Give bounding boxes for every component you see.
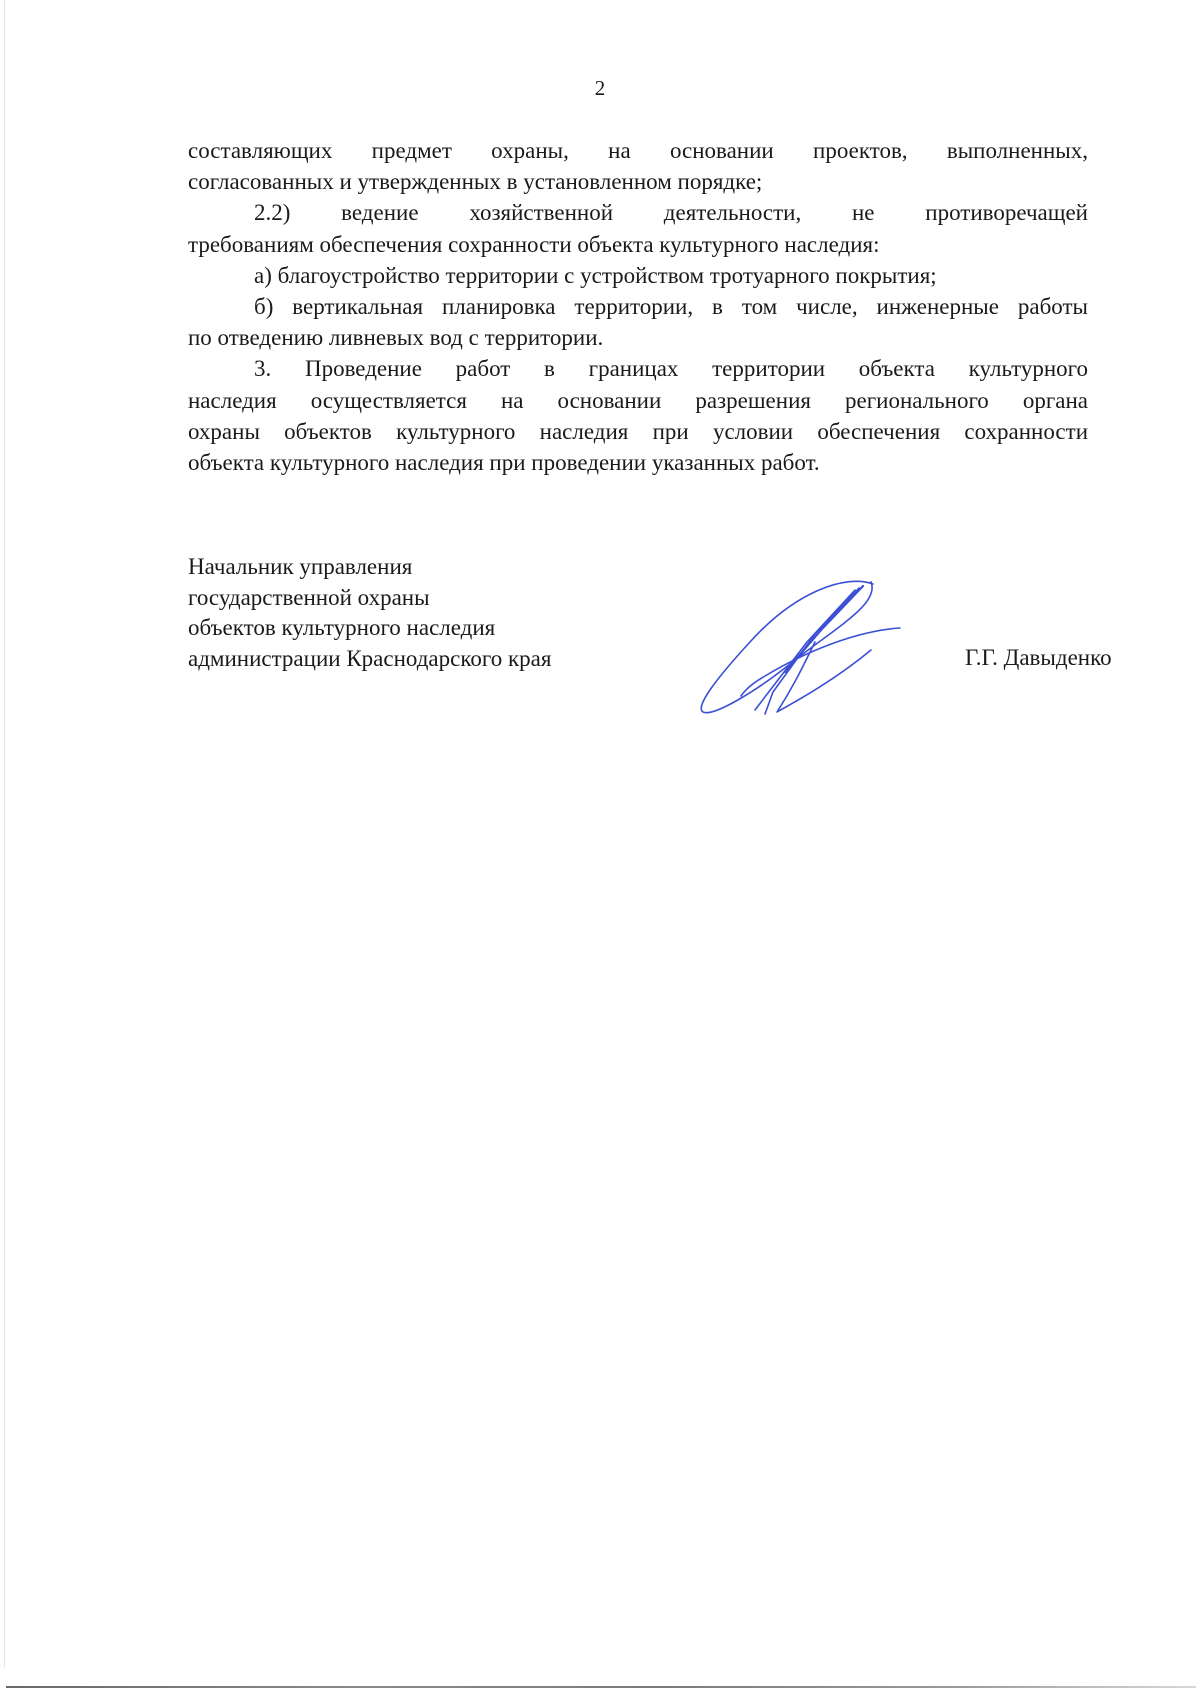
page-number: 2 <box>0 76 1200 100</box>
scan-left-edge <box>4 0 5 1668</box>
document-page: 2 составляющих предмет охраны, на основа… <box>0 0 1200 1692</box>
handwritten-signature <box>695 572 905 717</box>
signatory-title-line-1: Начальник управления <box>188 552 551 583</box>
paragraph-item-2-2-line-2: требованиям обеспечения сохранности объе… <box>188 229 1088 260</box>
paragraph-item-3-line-1: 3. Проведение работ в границах территори… <box>188 353 1088 384</box>
paragraph-item-b-line-1: б) вертикальная планировка территории, в… <box>188 291 1088 322</box>
paragraph-continuation-line-2: согласованных и утвержденных в установле… <box>188 166 1088 197</box>
signatory-title-line-3: объектов культурного наследия <box>188 613 551 644</box>
signatory-name: Г.Г. Давыденко <box>965 643 1112 673</box>
paragraph-item-b-line-2: по отведению ливневых вод с территории. <box>188 322 1088 353</box>
signatory-title-line-4: администрации Краснодарского края <box>188 644 551 675</box>
document-body: составляющих предмет охраны, на основани… <box>188 135 1088 478</box>
paragraph-item-3-line-4: объекта культурного наследия при проведе… <box>188 447 1088 478</box>
paragraph-continuation-line-1: составляющих предмет охраны, на основани… <box>188 135 1088 166</box>
signatory-title: Начальник управления государственной охр… <box>188 552 551 674</box>
signatory-title-line-2: государственной охраны <box>188 583 551 614</box>
paragraph-item-a-line-1: а) благоустройство территории с устройст… <box>188 260 1088 291</box>
paragraph-item-3-line-3: охраны объектов культурного наследия при… <box>188 416 1088 447</box>
paragraph-item-2-2-line-1: 2.2) ведение хозяйственной деятельности,… <box>188 197 1088 228</box>
scan-bottom-edge <box>6 1686 1196 1688</box>
paragraph-item-3-line-2: наследия осуществляется на основании раз… <box>188 385 1088 416</box>
